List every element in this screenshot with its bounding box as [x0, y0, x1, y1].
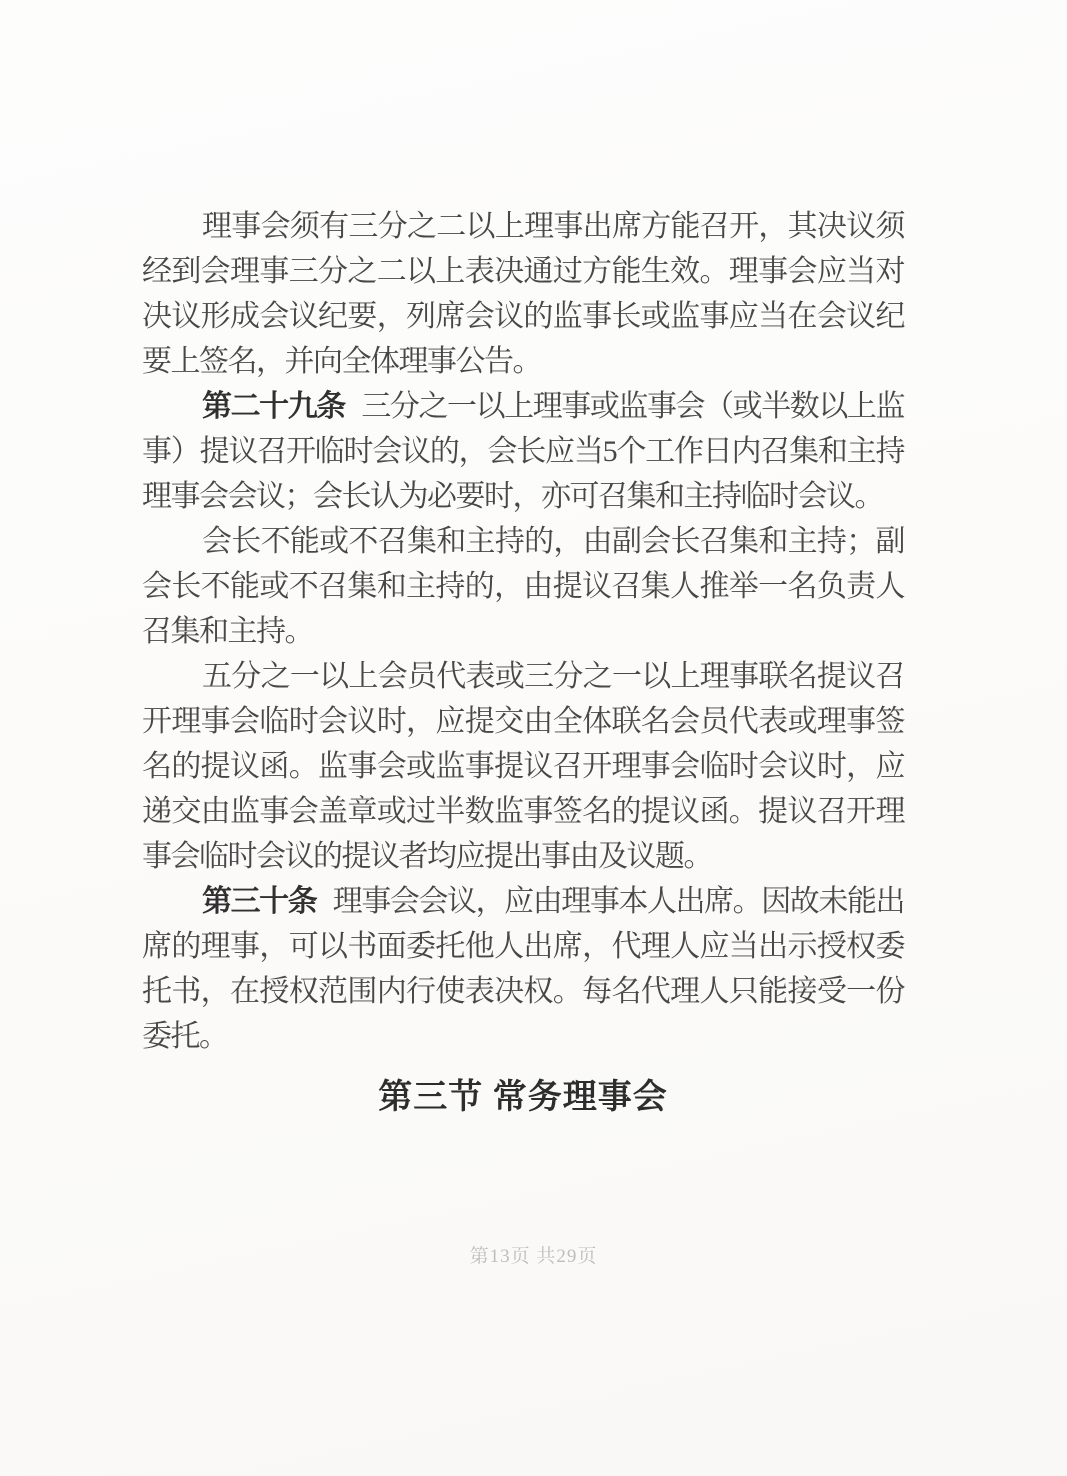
paragraph-text: 理事会须有三分之二以上理事出席方能召开，其决议须经到会理事三分之二以上表决通过方…	[142, 210, 904, 378]
paragraph-president-unable: 会长不能或不召集和主持的，由副会长召集和主持；副会长不能或不召集和主持的，由提议…	[142, 519, 904, 654]
document-body: 理事会须有三分之二以上理事出席方能召开，其决议须经到会理事三分之二以上表决通过方…	[142, 204, 904, 1120]
paragraph-board-quorum: 理事会须有三分之二以上理事出席方能召开，其决议须经到会理事三分之二以上表决通过方…	[142, 204, 904, 384]
article-29-label: 第二十九条	[202, 390, 345, 423]
paragraph-article-30: 第三十条理事会会议，应由理事本人出席。因故未能出席的理事，可以书面委托他人出席，…	[142, 879, 904, 1059]
paragraph-article-29: 第二十九条三分之一以上理事或监事会（或半数以上监事）提议召开临时会议的，会长应当…	[142, 384, 904, 519]
page-number-footer: 第13页 共29页	[0, 1246, 1067, 1268]
paragraph-text: 会长不能或不召集和主持的，由副会长召集和主持；副会长不能或不召集和主持的，由提议…	[142, 525, 904, 648]
paragraph-text: 五分之一以上会员代表或三分之一以上理事联名提议召开理事会临时会议时，应提交由全体…	[142, 660, 904, 873]
section-heading: 第三节 常务理事会	[142, 1075, 904, 1120]
paragraph-proposal-letter: 五分之一以上会员代表或三分之一以上理事联名提议召开理事会临时会议时，应提交由全体…	[142, 654, 904, 879]
document-page: 理事会须有三分之二以上理事出席方能召开，其决议须经到会理事三分之二以上表决通过方…	[0, 0, 1067, 1476]
article-30-label: 第三十条	[202, 885, 316, 918]
